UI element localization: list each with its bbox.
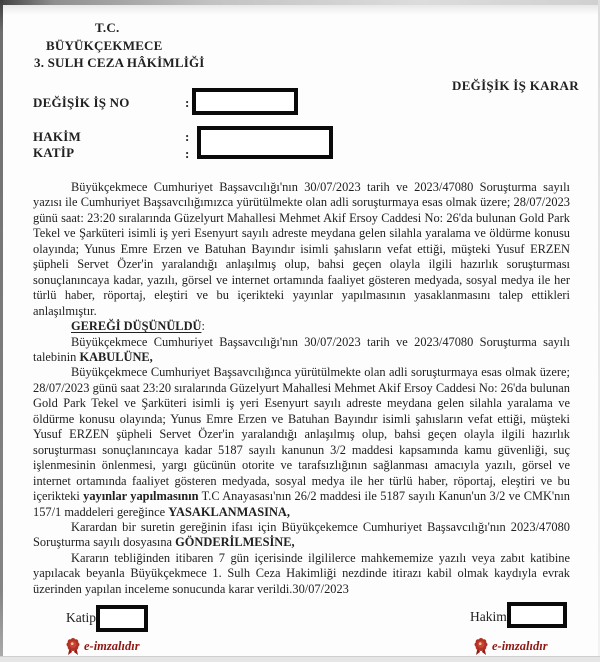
- case-number-label: DEĞİŞİK İŞ NO: [33, 95, 130, 111]
- court-decision-document: T.C. BÜYÜKÇEKMECE 3. SULH CEZA HÂKİMLİĞİ…: [0, 0, 600, 662]
- judge-label: HAKİM: [33, 129, 81, 145]
- signature-judge-label: Hakim: [470, 609, 507, 625]
- yasaklama-paragraph: Büyükçekmece Cumhuriyet Başsavcılığınca …: [33, 365, 570, 520]
- esign-label: e-imzalıdır: [492, 639, 548, 654]
- gonderilme-paragraph: Karardan bir suretin gereğinin ifası içi…: [33, 520, 570, 551]
- scan-left-edge: [0, 0, 3, 657]
- case-number-colon: :: [185, 95, 189, 111]
- scan-bottom-edge: [0, 656, 600, 662]
- esign-seal-icon: [66, 637, 80, 656]
- letterhead-court: 3. SULH CEZA HÂKİMLİĞİ: [34, 55, 205, 71]
- intro-paragraph: Büyükçekmece Cumhuriyet Başsavcılığı'nın…: [33, 180, 570, 319]
- signature-clerk-label: Katip: [66, 610, 96, 626]
- clerk-label: KATİP: [33, 145, 74, 161]
- clerk-colon: :: [185, 146, 189, 162]
- document-body: Büyükçekmece Cumhuriyet Başsavcılığı'nın…: [33, 180, 570, 597]
- itiraz-paragraph: Kararın tebliğinden itibaren 7 gün içeri…: [33, 551, 570, 597]
- document-type-title: DEĞİŞİK İŞ KARAR: [452, 78, 579, 94]
- clerk-esignature: e-imzalıdır: [66, 637, 140, 656]
- letterhead-tc: T.C.: [95, 20, 119, 36]
- judge-colon: :: [185, 129, 189, 145]
- judge-signature-redaction-box: [507, 602, 567, 628]
- geregi-dusunuldu-heading: GEREĞİ DÜŞÜNÜLDÜ:: [33, 319, 570, 334]
- kabul-paragraph: Büyükçekmece Cumhuriyet Başsavcılığı'nın…: [33, 335, 570, 366]
- case-number-redaction-box: [192, 88, 298, 115]
- judge-esignature: e-imzalıdır: [474, 637, 548, 656]
- scan-top-shadow: [0, 5, 600, 15]
- esign-label: e-imzalıdır: [84, 639, 140, 654]
- esign-seal-icon: [474, 637, 488, 656]
- letterhead-city: BÜYÜKÇEKMECE: [46, 38, 163, 54]
- judge-clerk-redaction-box: [197, 126, 333, 159]
- clerk-signature-redaction-box: [96, 605, 148, 632]
